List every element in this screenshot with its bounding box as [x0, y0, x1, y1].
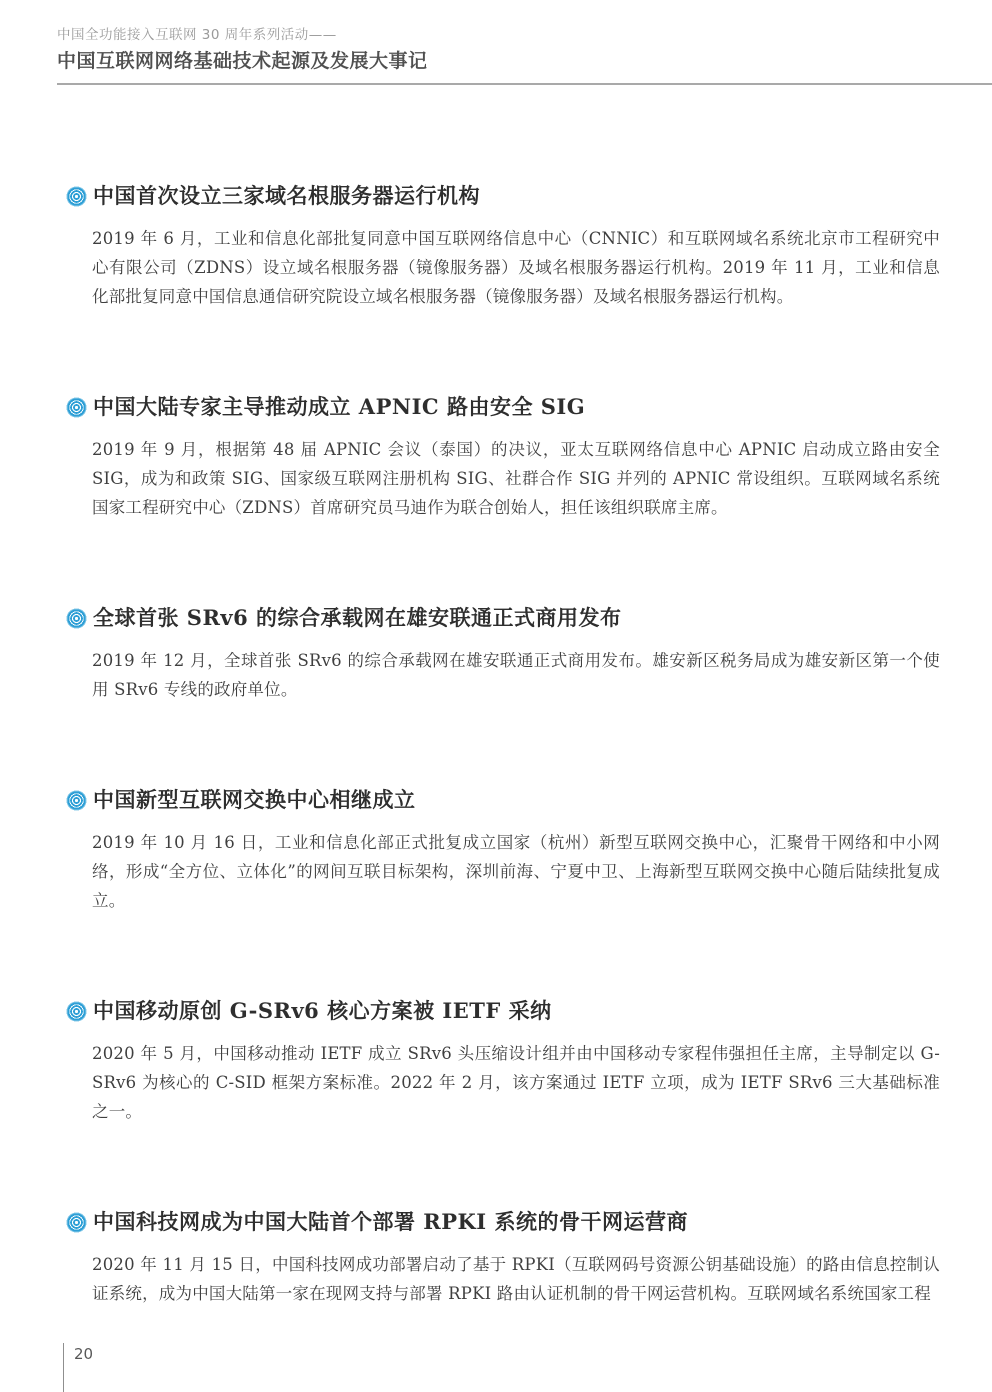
section-heading: 中国科技网成为中国大陆首个部署 RPKI 系统的骨干网运营商	[93, 1207, 688, 1237]
section-body-text: 2019 年 6 月，工业和信息化部批复同意中国互联网络信息中心（CNNIC）和…	[92, 224, 940, 311]
section-heading-row: 中国首次设立三家域名根服务器运行机构	[66, 181, 940, 211]
page-header: 中国全功能接入互联网 30 周年系列活动—— 中国互联网网络基础技术起源及发展大…	[0, 0, 992, 85]
header-divider	[57, 83, 992, 85]
section-srv6-xiongan-unicom: 全球首张 SRv6 的综合承载网在雄安联通正式商用发布 2019 年 12 月，…	[66, 603, 940, 704]
header-title-line: 中国互联网网络基础技术起源及发展大事记	[57, 48, 992, 74]
section-heading: 中国首次设立三家域名根服务器运行机构	[93, 181, 480, 211]
concentric-circles-bullet-icon	[66, 186, 87, 207]
section-apnic-routing-security-sig: 中国大陆专家主导推动成立 APNIC 路由安全 SIG 2019 年 9 月，根…	[66, 392, 940, 522]
document-page: 中国全功能接入互联网 30 周年系列活动—— 中国互联网网络基础技术起源及发展大…	[0, 0, 992, 1392]
section-heading: 全球首张 SRv6 的综合承载网在雄安联通正式商用发布	[93, 603, 622, 633]
concentric-circles-bullet-icon	[66, 790, 87, 811]
section-heading: 中国大陆专家主导推动成立 APNIC 路由安全 SIG	[93, 392, 585, 422]
section-g-srv6-ietf: 中国移动原创 G-SRv6 核心方案被 IETF 采纳 2020 年 5 月，中…	[66, 996, 940, 1126]
section-heading-row: 中国大陆专家主导推动成立 APNIC 路由安全 SIG	[66, 392, 940, 422]
concentric-circles-bullet-icon	[66, 1212, 87, 1233]
concentric-circles-bullet-icon	[66, 1001, 87, 1022]
page-number: 20	[74, 1345, 93, 1363]
page-number-divider	[63, 1343, 64, 1392]
section-heading-row: 中国移动原创 G-SRv6 核心方案被 IETF 采纳	[66, 996, 940, 1026]
section-body-text: 2019 年 9 月，根据第 48 届 APNIC 会议（泰国）的决议，亚太互联…	[92, 435, 940, 522]
section-heading-row: 中国新型互联网交换中心相继成立	[66, 785, 940, 815]
header-series-line: 中国全功能接入互联网 30 周年系列活动——	[57, 26, 992, 44]
section-body-text: 2019 年 10 月 16 日，工业和信息化部正式批复成立国家（杭州）新型互联…	[92, 828, 940, 915]
section-body-text: 2019 年 12 月，全球首张 SRv6 的综合承载网在雄安联通正式商用发布。…	[92, 646, 940, 704]
section-heading: 中国新型互联网交换中心相继成立	[93, 785, 416, 815]
section-body-text: 2020 年 11 月 15 日，中国科技网成功部署启动了基于 RPKI（互联网…	[92, 1250, 940, 1308]
section-heading: 中国移动原创 G-SRv6 核心方案被 IETF 采纳	[93, 996, 552, 1026]
section-heading-row: 全球首张 SRv6 的综合承载网在雄安联通正式商用发布	[66, 603, 940, 633]
concentric-circles-bullet-icon	[66, 608, 87, 629]
page-content: 中国首次设立三家域名根服务器运行机构 2019 年 6 月，工业和信息化部批复同…	[0, 181, 992, 1308]
section-body-text: 2020 年 5 月，中国移动推动 IETF 成立 SRv6 头压缩设计组并由中…	[92, 1039, 940, 1126]
section-internet-exchange-centers: 中国新型互联网交换中心相继成立 2019 年 10 月 16 日，工业和信息化部…	[66, 785, 940, 915]
section-heading-row: 中国科技网成为中国大陆首个部署 RPKI 系统的骨干网运营商	[66, 1207, 940, 1237]
concentric-circles-bullet-icon	[66, 397, 87, 418]
section-root-server-operators: 中国首次设立三家域名根服务器运行机构 2019 年 6 月，工业和信息化部批复同…	[66, 181, 940, 311]
section-cstnet-rpki: 中国科技网成为中国大陆首个部署 RPKI 系统的骨干网运营商 2020 年 11…	[66, 1207, 940, 1308]
